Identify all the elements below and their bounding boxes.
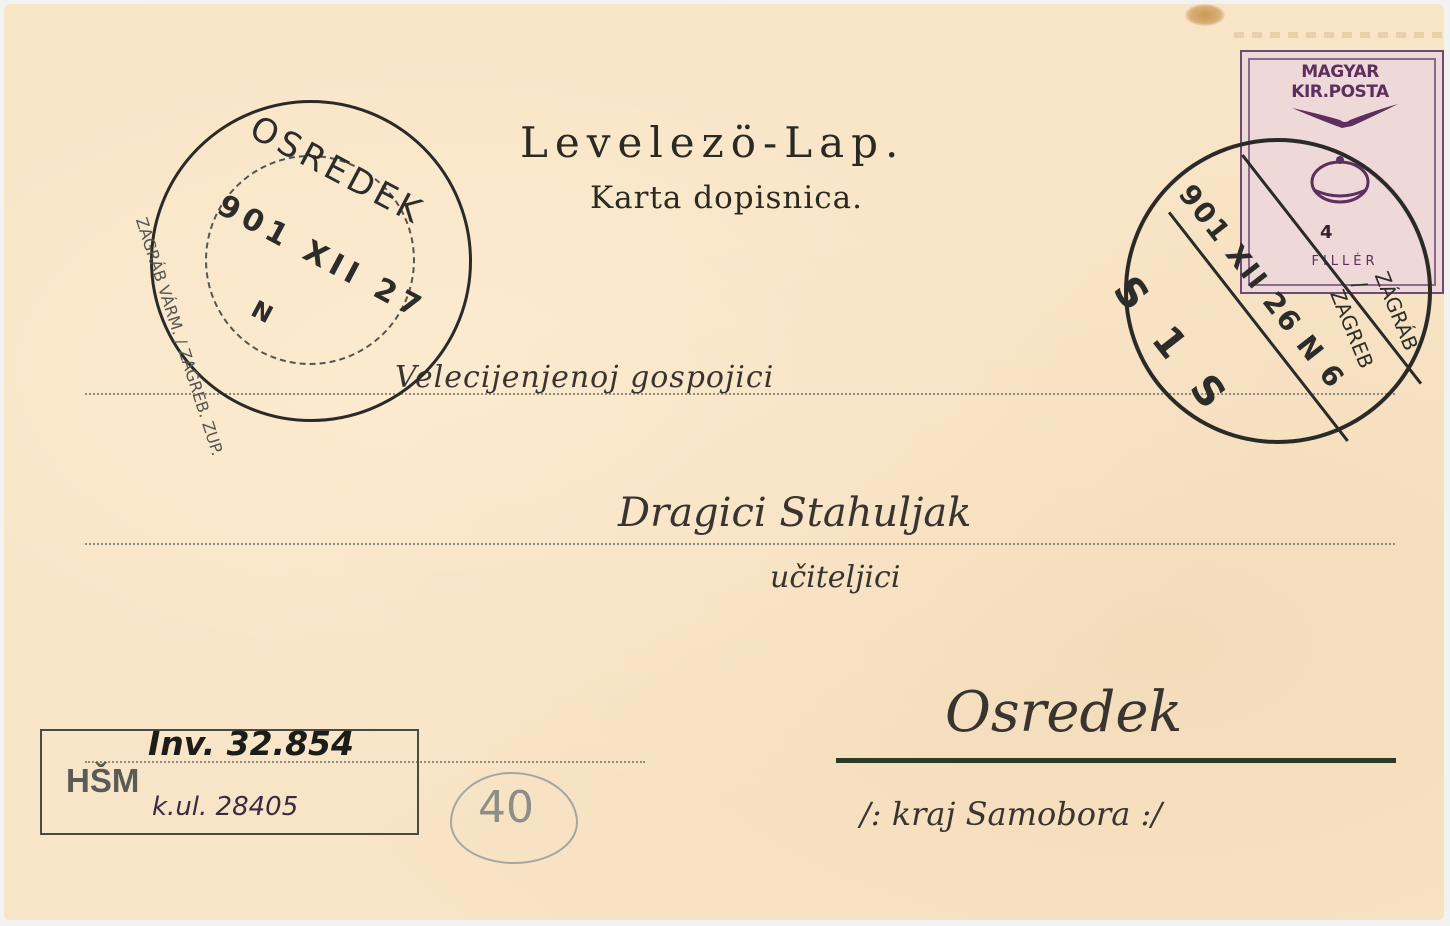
card-heading: Levelezö-Lap. <box>520 118 905 167</box>
town: Osredek <box>945 680 1182 745</box>
recipient-title: učiteljici <box>770 560 900 595</box>
card-subheading: Karta dopisnica. <box>590 180 863 216</box>
stamp-header: MAGYAR KIR.POSTA <box>1255 62 1425 102</box>
recipient-name: Dragici Stahuljak <box>618 490 971 536</box>
stamp-perforation <box>1234 32 1448 38</box>
turul-bird-icon <box>1290 100 1400 130</box>
district: /: kraj Samobora :/ <box>860 795 1162 833</box>
address-line-2 <box>85 543 1395 545</box>
pencil-note: 40 <box>478 782 534 833</box>
paper-stain <box>1185 4 1225 26</box>
catalogue-number: k.ul. 28405 <box>152 792 298 822</box>
address-line-town <box>836 758 1396 763</box>
salutation: Velecijenjenoj gospojici <box>395 360 774 395</box>
archive-institution: HŠM <box>66 762 139 800</box>
inventory-number: Inv. 32.854 <box>148 724 354 763</box>
